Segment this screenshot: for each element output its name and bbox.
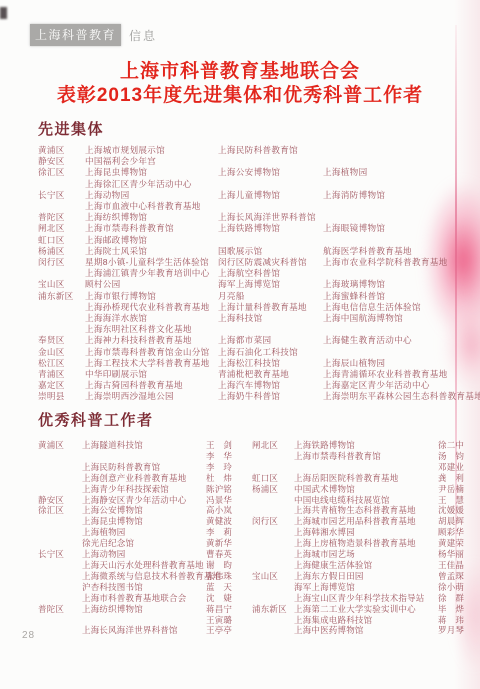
base-item-cell: 上海工程技术大学科普教育基地 xyxy=(85,358,218,369)
worker-name-cell: 黄健波 xyxy=(206,516,252,527)
base-item-cell: 闵行区防震减灾科普馆 xyxy=(218,257,323,268)
organization-cell: 上海微系统与信息技术科普教育基地 xyxy=(82,571,206,582)
table-row: 浦东新区上海市银行博物馆月亮船上海蜜蜂科普馆 xyxy=(38,291,474,302)
base-item-cell: 航海医学科普教育基地 xyxy=(323,246,474,257)
base-item-cell: 上海古猗园科普教育基地 xyxy=(85,380,218,391)
base-item-cell: 上海孙桥现代农业科普教育基地 xyxy=(85,302,218,313)
base-item-cell: 星期8小镇-儿童科学生活体验馆 xyxy=(85,257,218,268)
organization-cell: 上海民防科普教育馆 xyxy=(82,462,206,473)
district-cell: 静安区 xyxy=(38,495,82,506)
table-row: 上海天山污水处理科普教育基地谢 昀上海健康生活体验馆王佳晶 xyxy=(38,560,474,571)
organization-cell: 上海隧道科技馆 xyxy=(82,440,206,451)
worker-name-cell: 谢 昀 xyxy=(206,560,252,571)
organization-cell: 上海市禁毒科普教育馆 xyxy=(294,451,438,462)
base-item-cell xyxy=(218,201,323,212)
base-item-cell: 上海浦江镇青少年教育培训中心 xyxy=(85,268,218,279)
district-cell: 长宁区 xyxy=(38,549,82,560)
base-item-cell: 上海航空科普馆 xyxy=(218,268,323,279)
table-row: 上海市血液中心科普教育基地 xyxy=(38,201,474,212)
district-cell xyxy=(38,324,85,335)
worker-name-cell: 龚 利 xyxy=(438,473,474,484)
district-cell xyxy=(252,582,294,593)
base-item-cell: 上海市禁毒科普教育馆金山分馆 xyxy=(85,347,218,358)
district-cell: 黄浦区 xyxy=(38,440,82,451)
district-cell: 闵行区 xyxy=(38,257,85,268)
base-item-cell: 上海市血液中心科普教育基地 xyxy=(85,201,218,212)
worker-name-cell: 黄新华 xyxy=(206,538,252,549)
district-cell xyxy=(38,571,82,582)
worker-name-cell: 曹春英 xyxy=(206,549,252,560)
worker-name-cell: 尹岳楠 xyxy=(438,484,474,495)
outstanding-workers-heading: 优秀科普工作者 xyxy=(38,409,154,430)
base-item-cell: 上海公安博物馆 xyxy=(218,167,323,178)
organization-cell: 上海植物园 xyxy=(82,527,206,538)
base-item-cell: 上海嘉定区青少年活动中心 xyxy=(323,380,474,391)
organization-cell xyxy=(82,615,206,626)
worker-name-cell: 王亭亭 xyxy=(206,625,252,636)
table-row: 奉贤区上海神力科技科普教育基地上海都市菜园上海健生教育活动中心 xyxy=(38,335,474,346)
base-item-cell: 上海崇明东平森林公园生态科普教育基地 xyxy=(323,391,480,402)
organization-cell: 上海中医药博物馆 xyxy=(294,625,438,636)
district-cell xyxy=(252,593,294,604)
worker-name-cell: 张伟珠 xyxy=(206,571,252,582)
district-cell: 宝山区 xyxy=(38,279,85,290)
district-cell: 奉贤区 xyxy=(38,335,85,346)
district-cell xyxy=(252,451,294,462)
district-cell: 普陀区 xyxy=(38,604,82,615)
district-cell xyxy=(252,560,294,571)
base-item-cell: 国歌展示馆 xyxy=(218,246,323,257)
base-item-cell: 上海植物园 xyxy=(323,167,474,178)
district-cell: 青浦区 xyxy=(38,369,85,380)
table-row: 上海民防科普教育馆李 玲邓建业 xyxy=(38,462,474,473)
district-cell: 杨浦区 xyxy=(38,246,85,257)
base-item-cell: 上海东明社区科普文化基地 xyxy=(85,324,218,335)
table-row: 王寅璐上海集成电路科技馆蒋 玮 xyxy=(38,615,474,626)
district-cell xyxy=(252,495,294,506)
worker-name-cell: 王 剑 xyxy=(206,440,252,451)
article-title-line2: 表彰2013年度先进集体和优秀科普工作者 xyxy=(0,84,480,108)
article-title-line1: 上海市科普教育基地联合会 xyxy=(0,60,480,84)
table-row: 金山区上海市禁毒科普教育馆金山分馆上海石油化工科技馆 xyxy=(38,347,474,358)
district-cell: 虹口区 xyxy=(252,473,294,484)
worker-name-cell: 黄建荣 xyxy=(438,538,474,549)
base-item-cell: 月亮船 xyxy=(218,291,323,302)
district-cell: 松江区 xyxy=(38,358,85,369)
district-cell xyxy=(38,268,85,279)
organization-cell: 上海韩湘水博园 xyxy=(294,527,438,538)
district-cell xyxy=(38,625,82,636)
table-row: 上海昆虫博物馆黄健波闵行区上海城市园艺用品科普教育基地胡晨辉 xyxy=(38,516,474,527)
district-cell: 嘉定区 xyxy=(38,380,85,391)
base-item-cell: 海军上海博览馆 xyxy=(218,279,323,290)
organization-cell xyxy=(294,462,438,473)
worker-name-cell: 李 玲 xyxy=(206,462,252,473)
organization-cell: 中国武术博物馆 xyxy=(294,484,438,495)
organization-cell: 上海公安博物馆 xyxy=(82,505,206,516)
worker-name-cell: 李 华 xyxy=(206,451,252,462)
district-cell: 闵行区 xyxy=(252,516,294,527)
district-cell xyxy=(38,615,82,626)
base-item-cell: 上海松江科技馆 xyxy=(218,358,323,369)
table-row: 虹口区上海邮政博物馆 xyxy=(38,235,474,246)
magazine-name-badge: 上海科普教育 xyxy=(30,24,121,46)
table-row: 上海微系统与信息技术科普教育基地张伟珠宝山区上海东方假日田园曾孟琛 xyxy=(38,571,474,582)
organization-cell: 上海创意产业科普教育基地 xyxy=(82,473,206,484)
advanced-collectives-heading: 先进集体 xyxy=(38,118,104,139)
table-row: 徐光启纪念馆黄新华上海上房植物造景科普教育基地黄建荣 xyxy=(38,538,474,549)
article-title: 上海市科普教育基地联合会 表彰2013年度先进集体和优秀科普工作者 xyxy=(0,60,480,108)
district-cell xyxy=(38,516,82,527)
base-item-cell: 上海青浦循环农业科普教育基地 xyxy=(323,369,474,380)
worker-name-cell: 王 慧 xyxy=(438,495,474,506)
worker-name-cell: 李 莉 xyxy=(206,527,252,538)
district-cell: 崇明县 xyxy=(38,391,85,402)
table-row: 上海植物园李 莉上海韩湘水博园顾彩华 xyxy=(38,527,474,538)
district-cell xyxy=(38,582,82,593)
organization-cell: 上海长风海洋世界科普馆 xyxy=(82,625,206,636)
page-header: 上海科普教育 信息 xyxy=(30,24,157,46)
table-row: 上海海洋水族馆上海科技馆上海中国航海博物馆 xyxy=(38,313,474,324)
district-cell: 虹口区 xyxy=(38,235,85,246)
table-row: 松江区上海工程技术大学科普教育基地上海松江科技馆上海辰山植物园 xyxy=(38,358,474,369)
base-item-cell: 上海电信信息生活体验馆 xyxy=(323,302,474,313)
district-cell xyxy=(38,473,82,484)
worker-name-cell: 蓝 天 xyxy=(206,582,252,593)
base-item-cell xyxy=(323,156,474,167)
district-cell xyxy=(38,313,85,324)
base-item-cell: 上海石油化工科技馆 xyxy=(218,347,323,358)
table-row: 青浦区中华印刷展示馆青浦枇杷教育基地上海青浦循环农业科普教育基地 xyxy=(38,369,474,380)
worker-name-cell: 徐二中 xyxy=(438,440,474,451)
base-item-cell xyxy=(323,268,474,279)
base-item-cell xyxy=(218,179,323,190)
organization-cell: 中国电线电缆科技展览馆 xyxy=(294,495,438,506)
base-item-cell: 上海徐汇区青少年活动中心 xyxy=(85,179,218,190)
table-row: 上海市科普教育基地联合会沈 婕上海宝山区青少年科学技术指导站徐 群 xyxy=(38,593,474,604)
worker-name-cell: 王寅璐 xyxy=(206,615,252,626)
organization-cell: 上海上房植物造景科普教育基地 xyxy=(294,538,438,549)
worker-name-cell: 陈沪铭 xyxy=(206,484,252,495)
worker-name-cell: 高小岚 xyxy=(206,505,252,516)
worker-name-cell: 蒋 玮 xyxy=(438,615,474,626)
table-row: 上海创意产业科普教育基地杜 炜虹口区上海岳阳医院科普教育基地龚 利 xyxy=(38,473,474,484)
district-cell: 黄浦区 xyxy=(38,145,85,156)
base-item-cell: 上海市银行博物馆 xyxy=(85,291,218,302)
scan-artifact xyxy=(0,7,7,19)
organization-cell: 上海岳阳医院科普教育基地 xyxy=(294,473,438,484)
table-row: 沪杏科技图书馆蓝 天海军上海博览馆徐小萌 xyxy=(38,582,474,593)
table-row: 上海徐汇区青少年活动中心 xyxy=(38,179,474,190)
table-row: 闸北区上海市禁毒科普教育馆上海铁路博物馆上海眼镜博物馆 xyxy=(38,223,474,234)
district-cell: 徐汇区 xyxy=(38,167,85,178)
organization-cell: 上海静安区青少年活动中心 xyxy=(82,495,206,506)
organization-cell: 上海市科普教育基地联合会 xyxy=(82,593,206,604)
table-row: 静安区中国福利会少年宫 xyxy=(38,156,474,167)
district-cell: 长宁区 xyxy=(38,190,85,201)
district-cell xyxy=(38,179,85,190)
organization-cell: 上海健康生活体验馆 xyxy=(294,560,438,571)
table-row: 上海长风海洋世界科普馆王亭亭上海中医药博物馆罗月琴 xyxy=(38,625,474,636)
table-row: 李 华上海市禁毒科普教育馆汤 钧 xyxy=(38,451,474,462)
base-item-cell: 上海邮政博物馆 xyxy=(85,235,218,246)
district-cell: 徐汇区 xyxy=(38,505,82,516)
table-row: 嘉定区上海古猗园科普教育基地上海汽车博物馆上海嘉定区青少年活动中心 xyxy=(38,380,474,391)
base-item-cell: 上海市禁毒科普教育馆 xyxy=(85,223,218,234)
district-cell xyxy=(252,462,294,473)
table-row: 徐汇区上海昆虫博物馆上海公安博物馆上海植物园 xyxy=(38,167,474,178)
base-item-cell xyxy=(323,324,474,335)
organization-cell: 上海天山污水处理科普教育基地 xyxy=(82,560,206,571)
base-item-cell: 上海昆虫博物馆 xyxy=(85,167,218,178)
table-row: 杨浦区上海院士风采馆国歌展示馆航海医学科普教育基地 xyxy=(38,246,474,257)
worker-name-cell: 沈 婕 xyxy=(206,593,252,604)
worker-name-cell: 徐小萌 xyxy=(438,582,474,593)
table-row: 徐汇区上海公安博物馆高小岚上海共青植物生态科普教育基地沈媛媛 xyxy=(38,505,474,516)
district-cell xyxy=(38,560,82,571)
organization-cell: 上海第二工业大学实验实训中心 xyxy=(294,604,438,615)
table-row: 黄浦区上海城市规划展示馆上海民防科普教育馆 xyxy=(38,145,474,156)
district-cell: 闸北区 xyxy=(38,223,85,234)
base-item-cell: 上海玻璃博物馆 xyxy=(323,279,474,290)
advanced-collectives-table: 黄浦区上海城市规划展示馆上海民防科普教育馆静安区中国福利会少年宫徐汇区上海昆虫博… xyxy=(38,145,474,403)
worker-name-cell: 蒋昌宁 xyxy=(206,604,252,615)
organization-cell: 上海铁路博物馆 xyxy=(294,440,438,451)
table-row: 普陀区上海纺织博物馆上海长风海洋世界科普馆 xyxy=(38,212,474,223)
base-item-cell xyxy=(218,156,323,167)
organization-cell: 上海纺织博物馆 xyxy=(82,604,206,615)
base-item-cell: 上海儿童博物馆 xyxy=(218,190,323,201)
base-item-cell: 上海海洋水族馆 xyxy=(85,313,218,324)
table-row: 上海孙桥现代农业科普教育基地上海计量科普教育基地上海电信信息生活体验馆 xyxy=(38,302,474,313)
district-cell: 浦东新区 xyxy=(38,291,85,302)
base-item-cell: 上海崇明西沙湿地公园 xyxy=(85,391,218,402)
worker-name-cell: 杜 炜 xyxy=(206,473,252,484)
base-item-cell: 中国福利会少年宫 xyxy=(85,156,218,167)
organization-cell: 沪杏科技图书馆 xyxy=(82,582,206,593)
worker-name-cell: 沈媛媛 xyxy=(438,505,474,516)
base-item-cell: 顾村公园 xyxy=(85,279,218,290)
base-item-cell: 上海眼镜博物馆 xyxy=(323,223,474,234)
district-cell xyxy=(252,615,294,626)
organization-cell: 上海动物园 xyxy=(82,549,206,560)
base-item-cell: 上海都市菜园 xyxy=(218,335,323,346)
outstanding-workers-table: 黄浦区上海隧道科技馆王 剑闸北区上海铁路博物馆徐二中李 华上海市禁毒科普教育馆汤… xyxy=(38,440,474,636)
base-item-cell: 上海铁路博物馆 xyxy=(218,223,323,234)
district-cell xyxy=(252,549,294,560)
base-item-cell: 上海神力科技科普教育基地 xyxy=(85,335,218,346)
organization-cell: 徐光启纪念馆 xyxy=(82,538,206,549)
base-item-cell: 上海城市规划展示馆 xyxy=(85,145,218,156)
worker-name-cell: 王佳晶 xyxy=(438,560,474,571)
district-cell: 浦东新区 xyxy=(252,604,294,615)
district-cell xyxy=(38,302,85,313)
magazine-section-label: 信息 xyxy=(129,27,157,44)
district-cell xyxy=(252,625,294,636)
district-cell: 宝山区 xyxy=(252,571,294,582)
district-cell: 杨浦区 xyxy=(252,484,294,495)
district-cell: 闸北区 xyxy=(252,440,294,451)
district-cell xyxy=(252,527,294,538)
table-row: 长宁区上海动物园上海儿童博物馆上海消防博物馆 xyxy=(38,190,474,201)
worker-name-cell: 顾彩华 xyxy=(438,527,474,538)
table-row: 宝山区顾村公园海军上海博览馆上海玻璃博物馆 xyxy=(38,279,474,290)
district-cell: 金山区 xyxy=(38,347,85,358)
base-item-cell: 上海蜜蜂科普馆 xyxy=(323,291,474,302)
base-item-cell xyxy=(218,324,323,335)
base-item-cell: 上海奶牛科普馆 xyxy=(218,391,323,402)
district-cell xyxy=(38,527,82,538)
base-item-cell xyxy=(218,235,323,246)
table-row: 上海青少年科技探索馆陈沪铭杨浦区中国武术博物馆尹岳楠 xyxy=(38,484,474,495)
worker-name-cell: 冯景华 xyxy=(206,495,252,506)
worker-name-cell: 曾孟琛 xyxy=(438,571,474,582)
base-item-cell: 上海汽车博物馆 xyxy=(218,380,323,391)
base-item-cell: 上海辰山植物园 xyxy=(323,358,474,369)
base-item-cell: 上海纺织博物馆 xyxy=(85,212,218,223)
organization-cell: 上海城市园艺用品科普教育基地 xyxy=(294,516,438,527)
table-row: 上海浦江镇青少年教育培训中心上海航空科普馆 xyxy=(38,268,474,279)
table-row: 普陀区上海纺织博物馆蒋昌宁浦东新区上海第二工业大学实验实训中心毕 烨 xyxy=(38,604,474,615)
table-row: 静安区上海静安区青少年活动中心冯景华中国电线电缆科技展览馆王 慧 xyxy=(38,495,474,506)
base-item-cell: 上海市农业科学院科普教育基地 xyxy=(323,257,474,268)
organization-cell: 上海城市园艺场 xyxy=(294,549,438,560)
organization-cell: 海军上海博览馆 xyxy=(294,582,438,593)
worker-name-cell: 汤 钧 xyxy=(438,451,474,462)
base-item-cell xyxy=(323,201,474,212)
organization-cell: 上海宝山区青少年科学技术指导站 xyxy=(294,593,438,604)
table-row: 黄浦区上海隧道科技馆王 剑闸北区上海铁路博物馆徐二中 xyxy=(38,440,474,451)
district-cell xyxy=(38,462,82,473)
base-item-cell: 上海长风海洋世界科普馆 xyxy=(218,212,323,223)
organization-cell: 上海集成电路科技馆 xyxy=(294,615,438,626)
organization-cell: 上海共青植物生态科普教育基地 xyxy=(294,505,438,516)
worker-name-cell: 胡晨辉 xyxy=(438,516,474,527)
base-item-cell xyxy=(323,235,474,246)
district-cell xyxy=(38,593,82,604)
district-cell xyxy=(38,538,82,549)
district-cell: 普陀区 xyxy=(38,212,85,223)
base-item-cell: 上海科技馆 xyxy=(218,313,323,324)
district-cell xyxy=(38,451,82,462)
base-item-cell xyxy=(323,145,474,156)
worker-name-cell: 杨华丽 xyxy=(438,549,474,560)
district-cell xyxy=(38,201,85,212)
base-item-cell: 上海消防博物馆 xyxy=(323,190,474,201)
worker-name-cell: 毕 烨 xyxy=(438,604,474,615)
district-cell xyxy=(38,484,82,495)
base-item-cell xyxy=(323,212,474,223)
table-row: 闵行区星期8小镇-儿童科学生活体验馆闵行区防震减灾科普馆上海市农业科学院科普教育… xyxy=(38,257,474,268)
worker-name-cell: 罗月琴 xyxy=(438,625,474,636)
base-item-cell: 上海计量科普教育基地 xyxy=(218,302,323,313)
base-item-cell xyxy=(323,179,474,190)
base-item-cell xyxy=(323,347,474,358)
organization-cell: 上海东方假日田园 xyxy=(294,571,438,582)
table-row: 崇明县上海崇明西沙湿地公园上海奶牛科普馆上海崇明东平森林公园生态科普教育基地 xyxy=(38,391,474,402)
district-cell xyxy=(252,505,294,516)
base-item-cell: 上海民防科普教育馆 xyxy=(218,145,323,156)
magazine-page: 上海科普教育 信息 上海市科普教育基地联合会 表彰2013年度先进集体和优秀科普… xyxy=(0,0,480,689)
base-item-cell: 上海动物园 xyxy=(85,190,218,201)
district-cell: 静安区 xyxy=(38,156,85,167)
district-cell xyxy=(252,538,294,549)
organization-cell: 上海昆虫博物馆 xyxy=(82,516,206,527)
base-item-cell: 上海健生教育活动中心 xyxy=(323,335,474,346)
organization-cell: 上海青少年科技探索馆 xyxy=(82,484,206,495)
worker-name-cell: 邓建业 xyxy=(438,462,474,473)
base-item-cell: 上海院士风采馆 xyxy=(85,246,218,257)
base-item-cell: 中华印刷展示馆 xyxy=(85,369,218,380)
base-item-cell: 青浦枇杷教育基地 xyxy=(218,369,323,380)
table-row: 长宁区上海动物园曹春英上海城市园艺场杨华丽 xyxy=(38,549,474,560)
table-row: 上海东明社区科普文化基地 xyxy=(38,324,474,335)
worker-name-cell: 徐 群 xyxy=(438,593,474,604)
base-item-cell: 上海中国航海博物馆 xyxy=(323,313,474,324)
page-number: 28 xyxy=(22,630,35,641)
organization-cell xyxy=(82,451,206,462)
